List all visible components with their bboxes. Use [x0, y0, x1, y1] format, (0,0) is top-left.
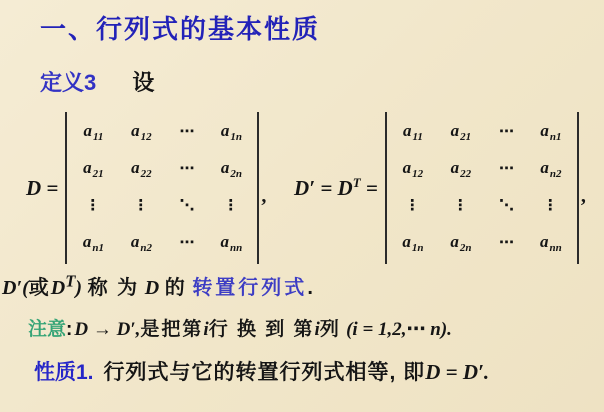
zh-segment: 是把第	[140, 319, 203, 340]
lhs-main: D′ = D	[294, 176, 353, 200]
math-segment: D′(	[2, 277, 29, 299]
matrix-cell-dots-vertical: ⋮	[223, 198, 239, 216]
matrix-cell: an2	[131, 233, 152, 254]
matrix-cell-dots-horizontal: ⋯	[179, 124, 195, 142]
period: .	[307, 277, 315, 299]
property-line: 性质1.行列式与它的转置行列式相等, 即D = D′.	[34, 356, 489, 386]
matrix-cell-dots-horizontal: ⋯	[499, 161, 515, 179]
matrix-cell: a21	[451, 122, 472, 143]
determinant-right-lhs: D′ = DT =	[294, 176, 378, 201]
matrix-cell-dots-horizontal: ⋯	[499, 235, 515, 253]
math-segment: D = D′.	[425, 360, 489, 384]
matrix-cell: a12	[131, 122, 152, 143]
matrix-cell: a12	[403, 159, 424, 180]
matrix-cell-dots-vertical: ⋮	[85, 198, 101, 216]
matrix-cell: a22	[131, 159, 152, 180]
slide-title: 一、行列式的基本性质	[40, 9, 320, 46]
matrix-cell: a21	[83, 159, 104, 180]
definition-label: 定义3	[40, 70, 96, 95]
transpose-superscript: T	[353, 175, 361, 190]
math-segment: D	[145, 277, 159, 299]
matrix-cell: an1	[540, 122, 561, 143]
determinant-right-matrix: a11 a21 ⋯ an1 a12 a22 ⋯ an2 ⋮ ⋮ ⋱ ⋮ a1n …	[385, 112, 579, 264]
zh-segment: 或	[29, 277, 51, 299]
lhs-equals: =	[361, 176, 378, 200]
determinant-left: D = a11 a12 ⋯ a1n a21 a22 ⋯ a2n ⋮ ⋮ ⋱ ⋮ …	[26, 112, 266, 264]
slide-canvas: 一、行列式的基本性质 定义3 设 D = a11 a12 ⋯ a1n a21 a…	[0, 0, 604, 412]
trailing-comma: ,	[261, 185, 266, 208]
zh-segment: 行 换 到 第	[209, 319, 315, 340]
zh-segment: 行列式与它的转置行列式相等, 即	[104, 361, 426, 384]
matrix-cell: a2n	[450, 233, 471, 254]
matrix-cell-dots-vertical: ⋮	[405, 198, 421, 216]
matrix-cell: a22	[451, 159, 472, 180]
matrix-cell-dots-diagonal: ⋱	[179, 198, 195, 216]
math-segment: D	[51, 277, 65, 299]
determinant-right: D′ = DT = a11 a21 ⋯ an1 a12 a22 ⋯ an2 ⋮ …	[294, 112, 586, 264]
transpose-superscript: T	[65, 271, 75, 290]
matrix-cell: an2	[540, 159, 561, 180]
matrix-cell: a1n	[402, 233, 423, 254]
trailing-comma: ,	[581, 185, 586, 208]
math-segment: (i = 1,2,⋯ n).	[346, 319, 452, 340]
math-segment: )	[75, 277, 82, 299]
definition-line: 定义3 设	[40, 66, 154, 97]
definition-text: 设	[132, 70, 154, 95]
matrix-cell-dots-horizontal: ⋯	[499, 124, 515, 142]
matrix-cell-dots-vertical: ⋮	[543, 198, 559, 216]
note-line: 注意:D → D′,是把第i行 换 到 第i列 (i = 1,2,⋯ n).	[28, 314, 452, 341]
matrix-cell: ann	[221, 233, 243, 254]
matrix-cell-dots-vertical: ⋮	[453, 198, 469, 216]
matrix-cell: a11	[403, 122, 423, 143]
matrix-cell: a1n	[221, 122, 242, 143]
zh-segment: 称 为	[88, 277, 140, 299]
zh-segment: 的	[165, 277, 187, 299]
highlight-transpose-determinant: 转置行列式	[192, 277, 307, 299]
matrix-cell: a11	[83, 122, 103, 143]
note-label: 注意	[28, 319, 66, 340]
matrix-cell: a2n	[221, 159, 242, 180]
zh-segment: 列	[320, 319, 341, 340]
determinant-left-lhs: D =	[26, 176, 58, 201]
matrix-cell-dots-horizontal: ⋯	[179, 161, 195, 179]
matrix-cell-dots-vertical: ⋮	[133, 198, 149, 216]
math-segment: D → D′,	[74, 319, 140, 340]
property-label: 性质1.	[34, 361, 94, 384]
transpose-definition-line: D′(或DT) 称 为 D 的 转置行列式.	[2, 271, 315, 300]
matrix-cell-dots-diagonal: ⋱	[499, 198, 515, 216]
matrix-cell-dots-horizontal: ⋯	[179, 235, 195, 253]
matrix-cell: an1	[83, 233, 104, 254]
determinant-left-matrix: a11 a12 ⋯ a1n a21 a22 ⋯ a2n ⋮ ⋮ ⋱ ⋮ an1 …	[65, 112, 259, 264]
matrix-cell: ann	[540, 233, 562, 254]
